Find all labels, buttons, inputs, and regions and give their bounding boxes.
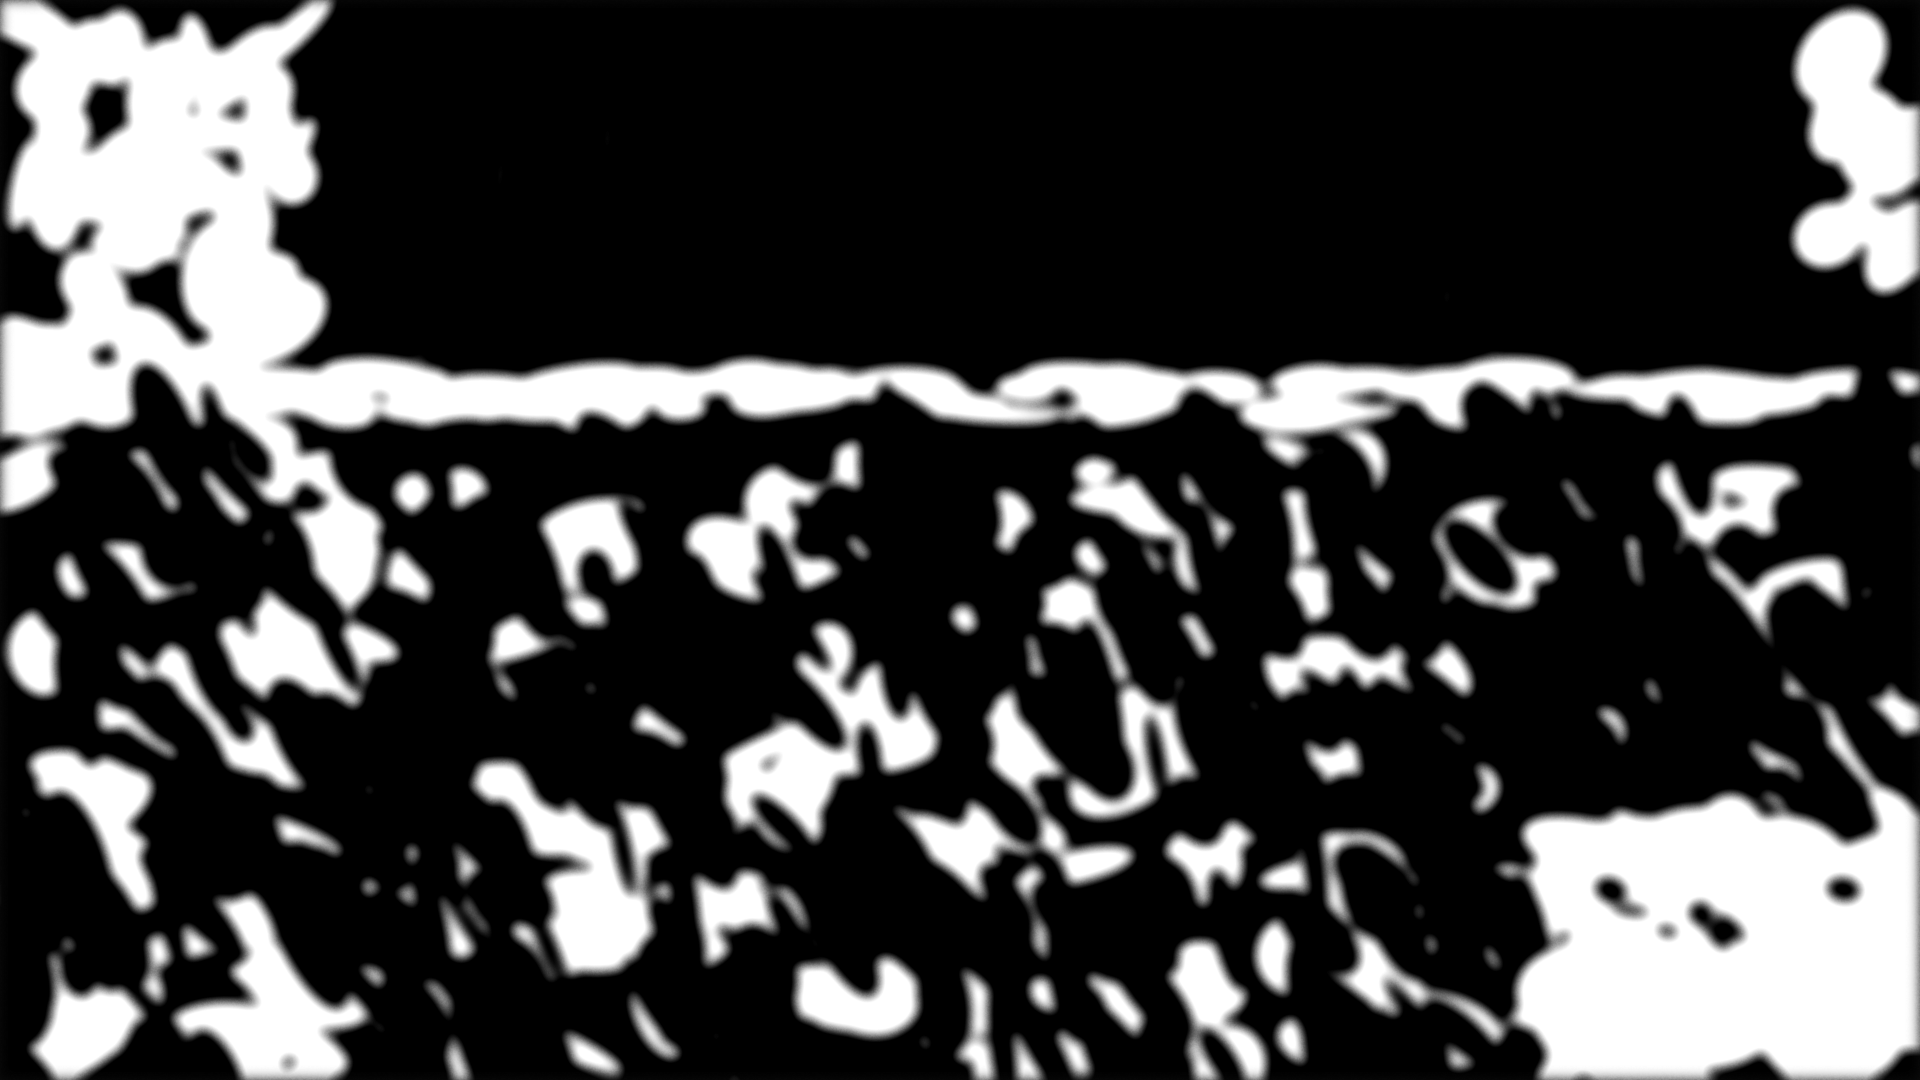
abstract-texture-image: Abstract high-contrast black-and-white t… [0, 0, 1920, 1080]
texture-canvas [0, 0, 1920, 1080]
